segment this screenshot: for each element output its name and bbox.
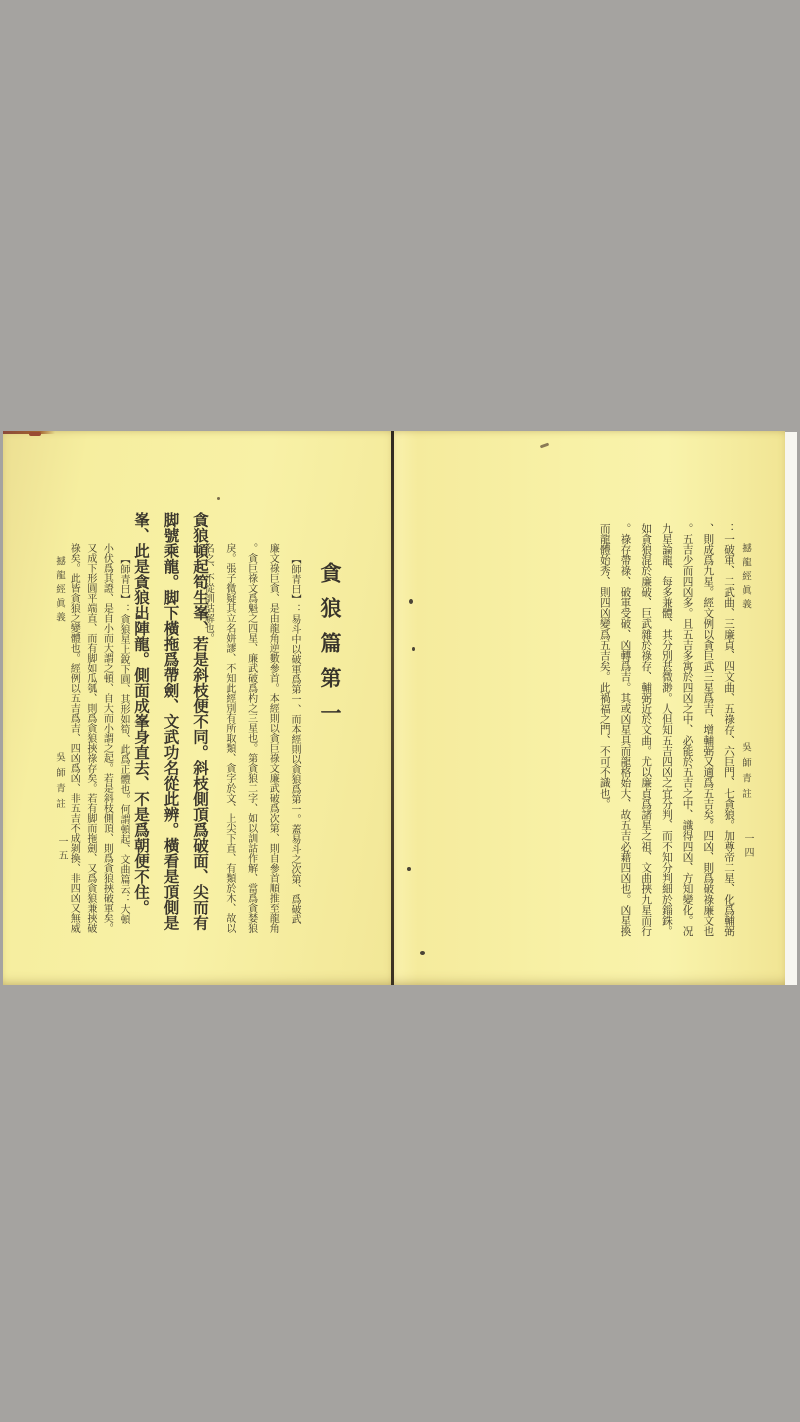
text-column: 如貪狼混於廉破、巨武雜於祿存、輔弼近於文曲。尤以廉貞爲諸星之祖、文曲挾九星而行 xyxy=(634,523,655,935)
pencil-mark xyxy=(540,443,549,449)
text-column: 九星論龍、每多兼體、其分別甚微渺。人但知五吉四凶之宜分判、而不知分判細於錙銖。 xyxy=(655,523,676,935)
right-page: 撼龍經眞義 吳師青註 一四 ：一破軍、二武曲、三廉貞、四文曲、五祿存、六巨門、七… xyxy=(394,431,785,985)
scan-background: 撼龍經眞義 吳師青註 一五 貪狼篇第一 【師青曰】：易斗中以破軍爲第一、而本經則… xyxy=(0,0,800,1422)
running-title: 撼龍經眞義 xyxy=(738,543,752,613)
binding-hole xyxy=(409,599,413,604)
ink-speck xyxy=(217,497,220,500)
text-column: 戾。張子微疑其立名姘謬、不知此經別有所取類、貪字於文、上尖下直、有類於木、故以 xyxy=(218,543,240,945)
text-column: 廉文祿巨貪、是由龍角逆數參首。本經則以貪巨祿文廉武破爲次第、則自參首順推至龍角 xyxy=(262,543,284,945)
main-verse-block: 貪狼頓起筍生峯、若是斜枝便不同。斜枝側頂爲破面、尖而有 脚號乘龍。脚下橫拖爲帶劍… xyxy=(126,512,215,936)
binding-hole xyxy=(420,951,425,955)
text-column: 【師青曰】：貪狼星上銳下圓、其形如筍、此爲正體也。何謂頓起、文曲篇云：大頓 xyxy=(114,543,131,945)
page-edge-stain xyxy=(29,432,41,436)
chapter-title: 貪狼篇第一 xyxy=(315,562,345,747)
text-column: 而龍體始秀、則四凶變爲五吉矣。此禍福之門、不可不識也。 xyxy=(593,523,614,935)
page-number: 一四 xyxy=(740,833,755,861)
text-column: 、則成爲九星。經文例以貪巨武三星爲吉、增輔弼又適爲五吉矣。四凶、則爲破祿廉文也 xyxy=(697,523,718,935)
body-text-block: ：一破軍、二武曲、三廉貞、四文曲、五祿存、六巨門、七貪狼。加尊帝二星、化爲輔弼 … xyxy=(593,523,738,935)
left-page: 撼龍經眞義 吳師青註 一五 貪狼篇第一 【師青曰】：易斗中以破軍爲第一、而本經則… xyxy=(3,431,391,985)
author-credit: 吳師青註 xyxy=(738,742,752,804)
text-column: 。祿存帶祿、破軍受破、凶轉爲吉。其或凶星具而龍格始大、故五吉必藉四凶也。凶星換 xyxy=(614,523,635,935)
binding-hole xyxy=(412,647,415,651)
binding-hole xyxy=(407,867,411,871)
ink-speck xyxy=(137,615,141,619)
text-column: 【師青曰】：易斗中以破軍爲第一、而本經則以貪狼爲第一。蓋易斗之次第、爲破武 xyxy=(283,543,305,945)
text-column: ：一破軍、二武曲、三廉貞、四文曲、五祿存、六巨門、七貪狼。加尊帝二星、化爲輔弼 xyxy=(717,523,738,935)
text-column: 。貪巨祿文爲魁之四星、廉武破爲杓之三星也。第貪狼二字、如以訓詁作解、當爲貪婪狼 xyxy=(240,543,262,945)
commentary-block-2: 【師青曰】：貪狼星上銳下圓、其形如筍、此爲正體也。何謂頓起、文曲篇云：大頓 小伏… xyxy=(65,543,131,945)
text-column: 又成下形圓平端直、而有脚如瓜瓠、則爲貪狼挾祿存矣。若有脚而拖劍、又爲貪狼兼挾破 xyxy=(81,543,98,945)
text-column: 小伏爲其證、是自小而大謂之頓、自大而小謂之起。若是斜枝側頂、則爲貪狼挾破軍矣。 xyxy=(98,543,115,945)
scan-edge-strip xyxy=(785,432,797,985)
text-column: 祿矣。此皆貪狼之變體也。經例以五吉爲吉、四凶爲凶、非五吉不成剝換、非四凶又無威 xyxy=(65,543,82,945)
verse-column: 貪狼頓起筍生峯、若是斜枝便不同。斜枝側頂爲破面、尖而有 xyxy=(185,512,215,936)
verse-column: 脚號乘龍。脚下橫拖爲帶劍、文武功名從此辨。橫看是頂側是 xyxy=(155,512,185,936)
text-column: 。五吉少而四凶多。且五吉多寓於四凶之中、必能於五吉之中、識得四凶、方知變化。况 xyxy=(676,523,697,935)
